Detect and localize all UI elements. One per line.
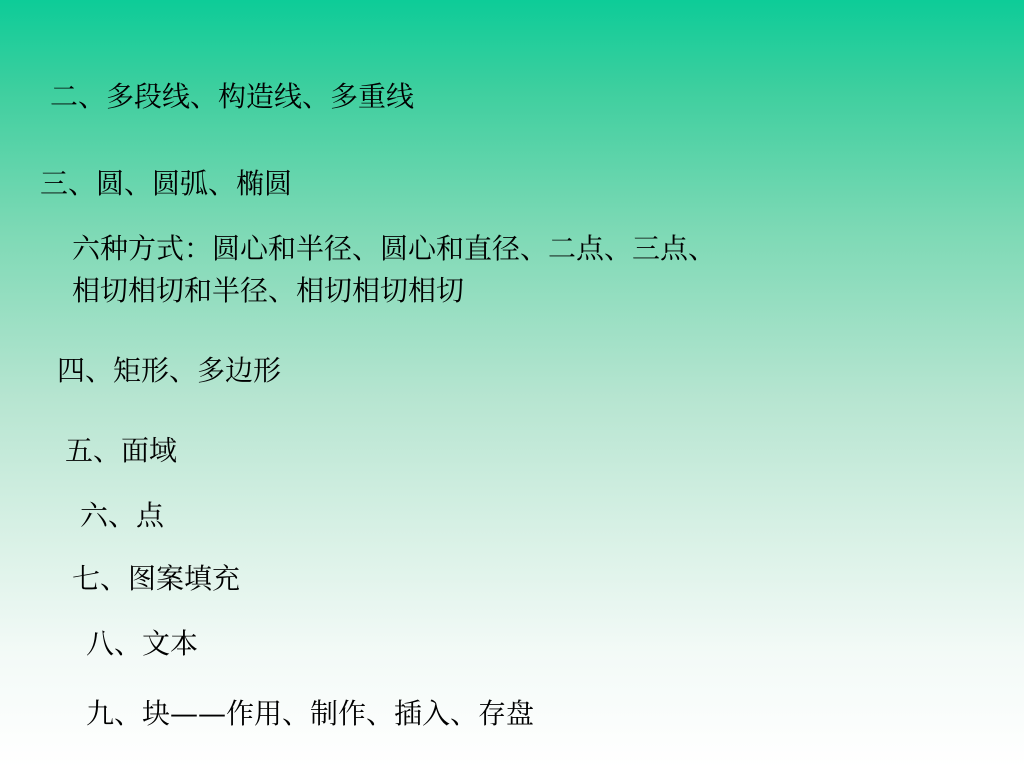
heading-circle: 三、圆、圆弧、椭圆 <box>40 167 292 201</box>
circle-methods-line-1: 六种方式：圆心和半径、圆心和直径、二点、三点、 <box>72 232 716 266</box>
heading-region: 五、面域 <box>65 434 177 468</box>
heading-point: 六、点 <box>80 499 164 533</box>
heading-text: 八、文本 <box>86 627 198 661</box>
heading-polyline: 二、多段线、构造线、多重线 <box>50 80 414 114</box>
heading-rectangle: 四、矩形、多边形 <box>57 354 281 388</box>
heading-hatch: 七、图案填充 <box>72 562 240 596</box>
circle-methods-line-2: 相切相切和半径、相切相切相切 <box>72 274 464 308</box>
heading-block: 九、块——作用、制作、插入、存盘 <box>86 697 534 731</box>
